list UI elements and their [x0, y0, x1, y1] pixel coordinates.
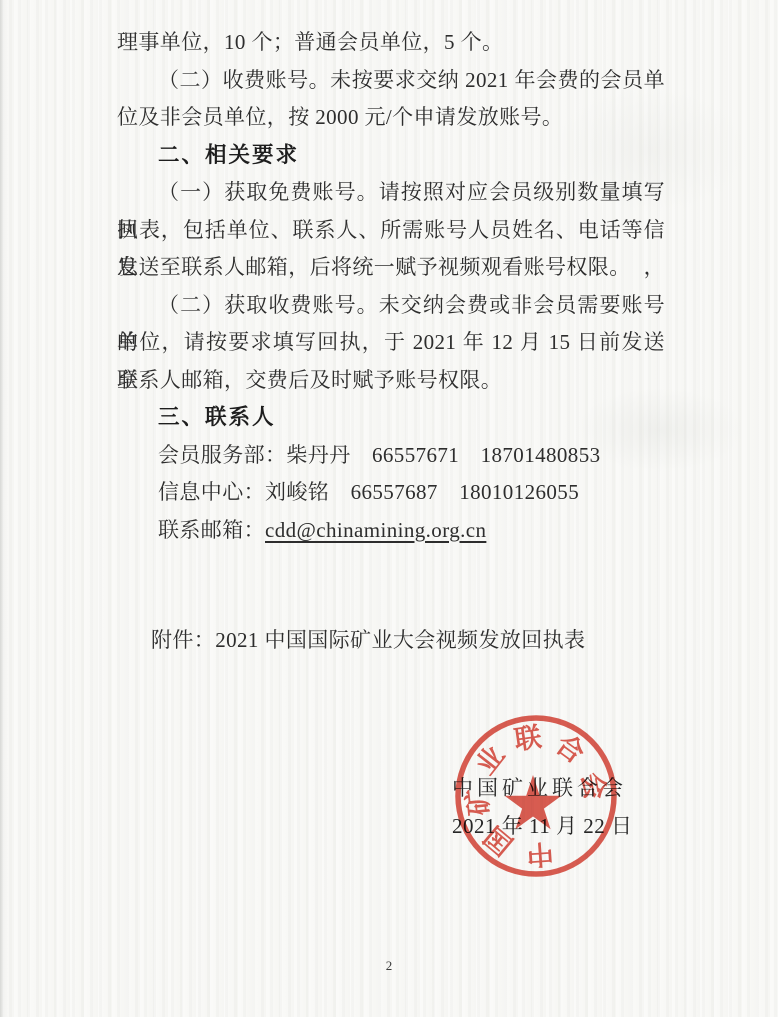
contact-line-info-center: 信息中心：刘峻铭 66557687 18010126055 — [117, 474, 665, 512]
body-line: 执表，包括单位、联系人、所需账号人员姓名、电话等信息， — [117, 212, 665, 250]
letter-body: 理事单位，10 个；普通会员单位，5 个。 （二）收费账号。未按要求交纳 202… — [117, 24, 665, 549]
body-line: （一）获取免费账号。请按照对应会员级别数量填写回 — [117, 174, 665, 212]
email-address: cdd@chinamining.org.cn — [265, 518, 486, 542]
attachment-line: 附件：2021 中国国际矿业大会视频发放回执表 — [151, 624, 585, 654]
body-line: 理事单位，10 个；普通会员单位，5 个。 — [117, 24, 665, 62]
body-line: （二）获取收费账号。未交纳会费或非会员需要账号的 — [117, 287, 665, 325]
section-heading-requirements: 二、相关要求 — [117, 137, 665, 175]
body-line: 单位，请按要求填写回执，于 2021 年 12 月 15 日前发送至 — [117, 324, 665, 362]
seal-char: 中 — [526, 838, 555, 870]
body-line: 联系人邮箱，交费后及时赋予账号权限。 — [117, 362, 665, 400]
seal-char: 联 — [512, 722, 543, 755]
body-line: 位及非会员单位，按 2000 元/个申请发放账号。 — [117, 99, 665, 137]
signature-organization: 中国矿业联合会 — [452, 772, 627, 802]
section-heading-contacts: 三、联系人 — [117, 399, 665, 437]
email-label: 联系邮箱： — [158, 518, 265, 542]
body-line: （二）收费账号。未按要求交纳 2021 年会费的会员单 — [117, 62, 665, 100]
seal-char: 合 — [550, 728, 590, 769]
body-line: 发送至联系人邮箱，后将统一赋予视频观看账号权限。 — [117, 249, 665, 287]
contact-line-member-service: 会员服务部：柴丹丹 66557671 18701480853 — [117, 437, 665, 475]
page-number: 2 — [0, 958, 778, 974]
contact-line-email: 联系邮箱：cdd@chinamining.org.cn — [117, 512, 665, 550]
signature-date: 2021 年 11 月 22 日 — [452, 810, 632, 840]
scanned-letter-page: 理事单位，10 个；普通会员单位，5 个。 （二）收费账号。未按要求交纳 202… — [0, 0, 778, 1017]
